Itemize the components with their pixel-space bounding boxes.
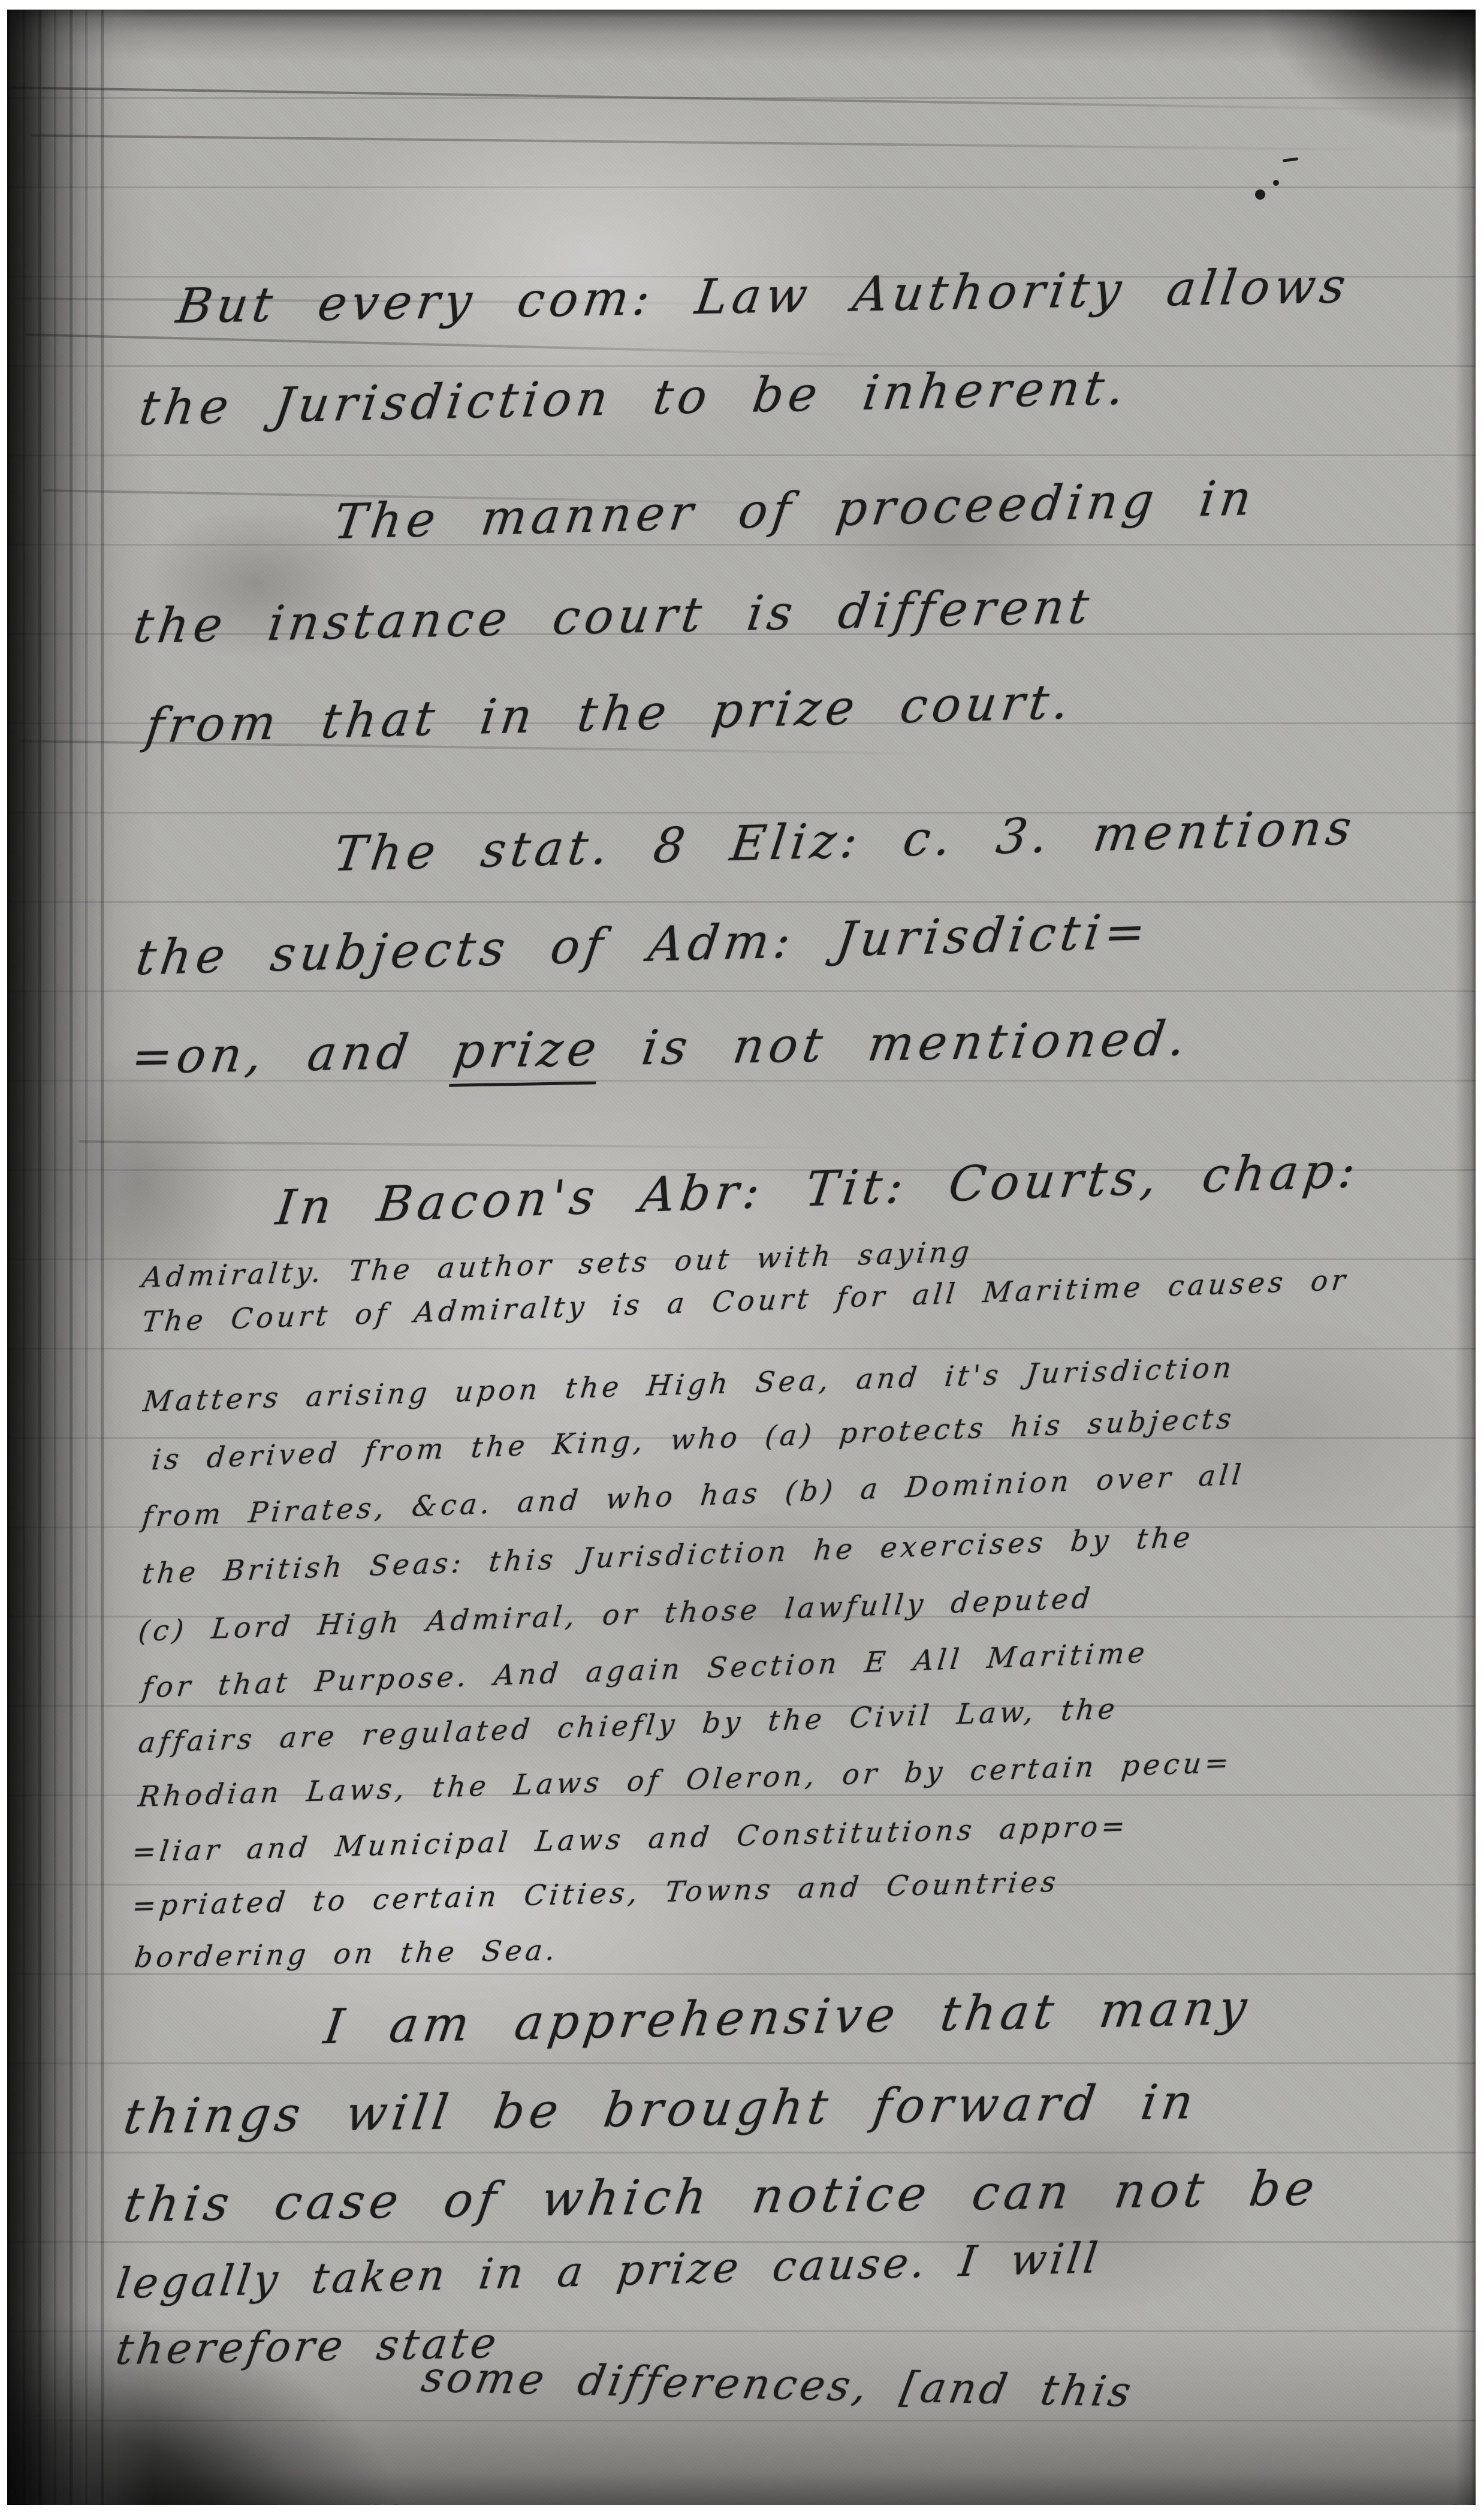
ruled-line-accent xyxy=(31,134,1382,151)
manuscript-line: =priated to certain Cities, Towns and Co… xyxy=(131,1866,1061,1923)
manuscript-line: the British Seas: this Jurisdiction he e… xyxy=(140,1521,1195,1591)
manuscript-line: But every com: Law Authority allows xyxy=(173,258,1354,334)
manuscript-line: (c) Lord High Admiral, or those lawfully… xyxy=(137,1582,1095,1648)
pen-streak xyxy=(25,333,877,357)
ink-dash xyxy=(1283,157,1298,162)
ink-dot xyxy=(1255,189,1265,200)
manuscript-line: the subjects of Adm: Jurisdicti= xyxy=(133,903,1154,986)
underlined-word: prize xyxy=(449,1020,604,1087)
manuscript-line: The stat. 8 Eliz: c. 3. mentions xyxy=(331,799,1359,882)
manuscript-line: Rhodian Laws, the Laws of Oleron, or by … xyxy=(137,1746,1234,1814)
manuscript-line: the instance court is different xyxy=(130,578,1097,654)
ruled-line-accent xyxy=(79,1140,843,1149)
manuscript-line: affairs are regulated chiefly by the Civ… xyxy=(137,1692,1120,1760)
manuscript-line: this case of which notice can not be xyxy=(120,2160,1323,2233)
ruled-line-accent xyxy=(7,86,1417,111)
manuscript-line: =liar and Municipal Laws and Constitutio… xyxy=(131,1809,1130,1869)
manuscript-page: But every com: Law Authority allows the … xyxy=(7,10,1476,2505)
manuscript-line: things will be brought forward in xyxy=(120,2074,1202,2144)
manuscript-line: bordering on the Sea. xyxy=(132,1934,560,1974)
manuscript-line: from that in the prize court. xyxy=(143,673,1077,754)
manuscript-line: In Bacon's Abr: Tit: Courts, chap: xyxy=(273,1142,1364,1236)
manuscript-line: the Jurisdiction to be inherent. xyxy=(136,359,1132,436)
manuscript-scan: But every com: Law Authority allows the … xyxy=(0,0,1484,2518)
manuscript-line: The manner of proceeding in xyxy=(331,470,1259,550)
ink-dot xyxy=(1273,180,1279,186)
line-segment: is not mentioned. xyxy=(597,1010,1194,1076)
manuscript-line: I am apprehensive that many xyxy=(321,1980,1254,2055)
manuscript-line: for that Purpose. And again Section E Al… xyxy=(140,1636,1150,1704)
manuscript-line: some differences, [and this xyxy=(418,2353,1138,2417)
manuscript-line: =on, and prize is not mentioned. xyxy=(128,1010,1194,1085)
book-binding-shadow xyxy=(7,10,109,2505)
line-segment: =on, and xyxy=(128,1023,458,1085)
manuscript-line: legally taken in a prize cause. I will xyxy=(113,2233,1103,2308)
